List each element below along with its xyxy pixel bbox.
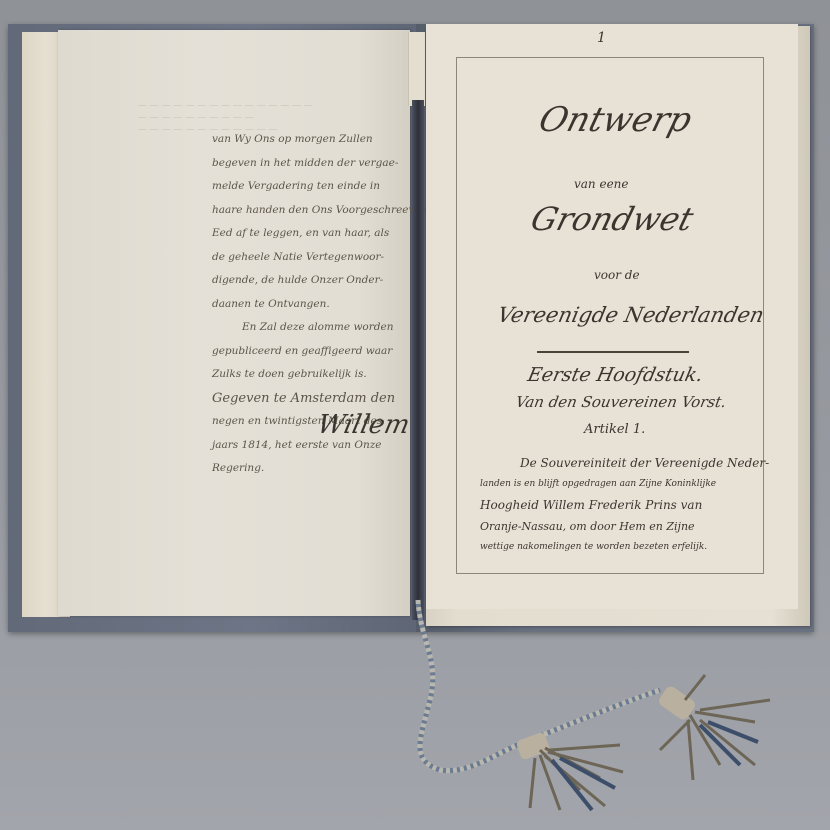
tassel-left: [515, 731, 623, 810]
tassel-cord: [0, 0, 830, 830]
tassel-right: [657, 675, 770, 780]
